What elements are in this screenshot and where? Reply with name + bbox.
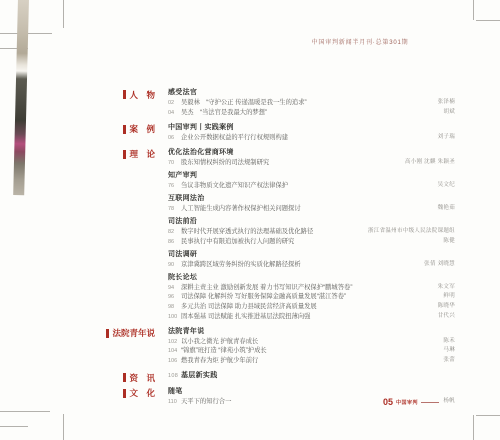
section-content: 优化法治化营商环境70股东知情权纠纷的司法规制研究高小刚 沈麒 朱颖圣知产审判7… [168,148,461,321]
adjacent-page-photo-edge [13,0,29,195]
section-label: 资 讯 [95,372,155,384]
section-label-text: 人 物 [129,89,155,101]
crop-mark [63,0,64,28]
footer-rule [421,402,439,403]
article-title: 天平下的知行合一 [181,398,231,405]
toc-entry: 94深耕主责主业 激励创新发展 着力书写知识产权保护“鹏城答卷”朱文军 [168,283,461,293]
article-authors: 高小刚 沈麒 朱颖圣 [405,158,455,168]
article-page-number: 106 [168,357,179,367]
article-authors: 吴文纪 [438,181,455,191]
article-title: 吴毅林 “守护公正 传递温暖是我一生的追求” [181,99,307,106]
subsection-title: 感受法官 [168,88,461,98]
toc-entry: 70股东知情权纠纷的司法规制研究高小刚 沈麒 朱颖圣 [168,158,461,168]
crop-mark [0,411,50,412]
article-page-number: 04 [168,109,179,119]
toc-section: 理 论优化法治化营商环境70股东知情权纠纷的司法规制研究高小刚 沈麒 朱颖圣知产… [95,148,461,321]
subsection-title: 知产审判 [168,171,461,181]
toc-section: 案 例中国审判丨实践案例06企业公开数据权益的平行行权规则构建刘子瑞 [95,123,461,143]
article-title: 刍议非物质文化遗产知识产权法律保护 [181,182,288,189]
toc-subsection: 优化法治化营商环境70股东知情权纠纷的司法规制研究高小刚 沈麒 朱颖圣 [168,148,461,168]
crop-mark [473,0,474,20]
article-page-number: 90 [168,261,179,271]
article-authors: 张泽楠 [438,98,455,108]
subsection-title: 中国审判丨实践案例 [168,123,461,133]
crop-mark [476,415,500,416]
toc-entry: 02吴毅林 “守护公正 传递温暖是我一生的追求”张泽楠 [168,98,461,108]
article-authors: 马琳 [443,346,455,356]
article-title: 数字时代开展穿透式执行的法理基础及优化路径 [181,228,313,235]
toc-entry: 106燃我青春为炬 护航少年前行张蕾 [168,356,461,366]
article-page-number: 78 [168,205,179,215]
section-content: 中国审判丨实践案例06企业公开数据权益的平行行权规则构建刘子瑞 [168,123,461,143]
article-authors: 浙江省温州市中级人民法院课题组 [368,227,455,237]
subsection-title: 司法调研 [168,250,461,260]
toc-entry: 104“锦旗”班打造 “律苑小筑”护成长马琳 [168,346,461,356]
toc-subsection: 司法前沿82数字时代开展穿透式执行的法理基础及优化路径浙江省温州市中级人民法院课… [168,217,461,246]
table-of-contents: 人 物感受法官02吴毅林 “守护公正 传递温暖是我一生的追求”张泽楠04吴杰 “… [95,88,461,406]
toc-subsection: 法院青年说102以小我之微光 护航青春成长陈禾104“锦旗”班打造 “律苑小筑”… [168,327,461,366]
crop-mark [0,426,28,427]
toc-entry: 82数字时代开展穿透式执行的法理基础及优化路径浙江省温州市中级人民法院课题组 [168,227,461,237]
article-title: 民事执行中有限追加被执行人问题的研究 [181,238,294,245]
section-bar-icon [123,389,126,398]
article-title: 吴杰 “当法官是我最大的梦想” [181,109,267,116]
toc-entry: 04吴杰 “当法官是我最大的梦想”胡斌 [168,108,461,118]
section-label-text: 法院青年说 [112,327,155,339]
article-authors: 陈晓华 [438,302,455,312]
section-label-text: 案 例 [129,123,155,135]
subsection-title: 法院青年说 [168,327,461,337]
section-label-text: 理 论 [129,148,155,160]
article-title: 京津冀跨区域劳务纠纷的实质化解路径探析 [181,261,301,268]
article-authors: 张倩 刘晓慧 [424,260,455,270]
toc-entry: 78人工智能生成内容著作权保护相关问题探讨魏艳茹 [168,204,461,214]
article-authors: 甘代兴 [438,312,455,322]
article-authors: 朱文军 [438,283,455,293]
article-title: 深耕主责主业 激励创新发展 着力书写知识产权保护“鹏城答卷” [181,284,352,291]
section-bar-icon [123,373,126,382]
magazine-brand: 中国审判 [396,399,418,406]
toc-entry: 98多元共治 司法保障 助力县域民营经济高质量发展陈晓华 [168,302,461,312]
article-title: 司法保障 化解纠纷 写好服务保障金融高质量发展“湛江答卷” [181,293,346,300]
article-authors: 陈健 [443,237,455,247]
article-page-number: 110 [168,398,179,408]
section-label-text: 资 讯 [129,372,155,384]
article-title: 燃我青春为炬 护航少年前行 [181,357,258,364]
article-page-number: 86 [168,238,179,248]
toc-entry: 100固本强基 司法赋能 扎实推进基层法院扭薄向强甘代兴 [168,312,461,322]
subsection-title: 随笔 [168,387,461,397]
toc-entry: 90京津冀跨区域劳务纠纷的实质化解路径探析张倩 刘晓慧 [168,260,461,270]
section-label: 理 论 [95,148,155,160]
article-title: “锦旗”班打造 “律苑小筑”护成长 [181,347,267,354]
crop-mark [476,20,500,21]
article-title: 企业公开数据权益的平行行权规则构建 [181,134,288,141]
article-page-number: 06 [168,134,179,144]
subsection-title: 院长论坛 [168,273,461,283]
toc-subsection: 院长论坛94深耕主责主业 激励创新发展 着力书写知识产权保护“鹏城答卷”朱文军9… [168,273,461,321]
article-authors: 胡斌 [443,108,455,118]
article-title: 多元共治 司法保障 助力县域民营经济高质量发展 [181,303,317,310]
section-content: 法院青年说102以小我之微光 护航青春成长陈禾104“锦旗”班打造 “律苑小筑”… [168,327,461,366]
subsection-title: 互联网法治 [168,194,461,204]
toc-subsection: 互联网法治78人工智能生成内容著作权保护相关问题探讨魏艳茹 [168,194,461,214]
subsection-title: 司法前沿 [168,217,461,227]
article-authors: 魏艳茹 [438,204,455,214]
toc-entry: 102以小我之微光 护航青春成长陈禾 [168,337,461,347]
toc-subsection: 中国审判丨实践案例06企业公开数据权益的平行行权规则构建刘子瑞 [168,123,461,143]
section-content: 感受法官02吴毅林 “守护公正 传递温暖是我一生的追求”张泽楠04吴杰 “当法官… [168,88,461,117]
section-bar-icon [106,329,109,338]
toc-section: 法院青年说法院青年说102以小我之微光 护航青春成长陈禾104“锦旗”班打造 “… [95,327,461,366]
article-title: 以小我之微光 护航青春成长 [181,338,258,345]
page-footer: 05 中国审判 [383,397,439,407]
toc-subsection: 知产审判76刍议非物质文化遗产知识产权法律保护吴文纪 [168,171,461,191]
article-page-number: 108 [168,371,179,381]
article-authors: 张蕾 [443,356,455,366]
article-authors: 陈禾 [443,337,455,347]
toc-section: 资 讯108基层新实践 [95,371,461,381]
article-title: 固本强基 司法赋能 扎实推进基层法院扭薄向强 [181,313,310,320]
article-authors: 刘子瑞 [438,133,455,143]
section-label: 法院青年说 [95,327,155,339]
section-label: 案 例 [95,123,155,135]
subsection-title: 108基层新实践 [168,371,461,381]
section-content: 108基层新实践 [168,371,461,381]
article-page-number: 76 [168,182,179,192]
toc-subsection: 108基层新实践 [168,371,461,381]
article-page-number: 100 [168,313,179,323]
crop-mark [473,415,474,440]
page-number: 05 [383,397,393,407]
subsection-title: 优化法治化营商环境 [168,148,461,158]
section-label-text: 文 化 [129,387,155,399]
toc-entry: 76刍议非物质文化遗产知识产权法律保护吴文纪 [168,181,461,191]
section-label: 文 化 [95,387,155,399]
section-bar-icon [123,150,126,159]
toc-section: 人 物感受法官02吴毅林 “守护公正 传递温暖是我一生的追求”张泽楠04吴杰 “… [95,88,461,117]
toc-subsection: 司法调研90京津冀跨区域劳务纠纷的实质化解路径探析张倩 刘晓慧 [168,250,461,270]
toc-entry: 96司法保障 化解纠纷 写好服务保障金融高质量发展“湛江答卷”鲜明 [168,292,461,302]
section-bar-icon [123,125,126,134]
toc-entry: 06企业公开数据权益的平行行权规则构建刘子瑞 [168,133,461,143]
article-authors: 鲜明 [443,292,455,302]
section-label: 人 物 [95,89,155,101]
crop-mark [63,414,64,440]
toc-subsection: 感受法官02吴毅林 “守护公正 传递温暖是我一生的追求”张泽楠04吴杰 “当法官… [168,88,461,117]
article-title: 股东知情权纠纷的司法规制研究 [181,159,269,166]
toc-entry: 86民事执行中有限追加被执行人问题的研究陈健 [168,237,461,247]
article-authors: 杨帆 [443,397,455,407]
section-bar-icon [123,90,126,99]
article-title: 人工智能生成内容著作权保护相关问题探讨 [181,205,301,212]
article-page-number: 70 [168,159,179,169]
issue-line: 中国审判新闻半月刊·总第301期 [250,37,470,46]
